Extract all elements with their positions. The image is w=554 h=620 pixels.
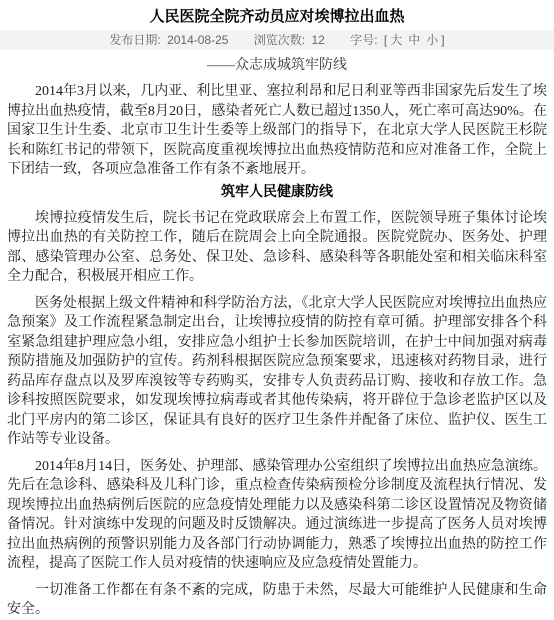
meta-bar: 发布日期: 2014-08-25 浏览次数: 12 字号: [大中小] bbox=[0, 30, 554, 50]
view-count-value: 12 bbox=[311, 33, 324, 47]
view-count-label: 浏览次数: bbox=[254, 33, 305, 47]
publish-date: 发布日期: 2014-08-25 bbox=[109, 33, 233, 47]
section-heading: 筑牢人民健康防线 bbox=[7, 184, 547, 202]
publish-date-label: 发布日期: bbox=[109, 33, 160, 47]
paragraph-leadership-response: 埃博拉疫情发生后，院长书记在党政联席会上布置工作，医院领导班子集体讨论埃博拉出血… bbox=[7, 209, 547, 287]
page-title: 人民医院全院齐动员应对埃博拉出血热 bbox=[0, 8, 554, 26]
bracket-close: ] bbox=[441, 33, 444, 47]
font-size-large-button[interactable]: 大 bbox=[390, 33, 402, 47]
article-subtitle: ——众志成城筑牢防线 bbox=[0, 57, 554, 75]
article-body: 2014年3月以来，几内亚、利比里亚、塞拉利昂和尼日利亚等西非国家先后发生了埃博… bbox=[0, 82, 554, 620]
paragraph-intro: 2014年3月以来，几内亚、利比里亚、塞拉利昂和尼日利亚等西非国家先后发生了埃博… bbox=[7, 82, 547, 180]
paragraph-emergency-drill: 2014年8月14日，医务处、护理部、感染管理办公室组织了埃博拉出血热应急演练。… bbox=[7, 457, 547, 574]
paragraph-conclusion: 一切准备工作都在有条不紊的完成，防患于未然，尽最大可能维护人民健康和生命安全。 bbox=[7, 581, 547, 620]
bracket-open: [ bbox=[384, 33, 387, 47]
font-size-small-button[interactable]: 小 bbox=[426, 33, 438, 47]
article-page: 人民医院全院齐动员应对埃博拉出血热 发布日期: 2014-08-25 浏览次数:… bbox=[0, 0, 554, 620]
view-count: 浏览次数: 12 bbox=[254, 33, 330, 47]
publish-date-value: 2014-08-25 bbox=[167, 33, 228, 47]
font-size-switcher: 字号: [大中小] bbox=[350, 33, 444, 47]
paragraph-departments-preparation: 医务处根据上级文件精神和科学防治方法，《北京大学人民医院应对埃博拉出血热应急预案… bbox=[7, 294, 547, 450]
font-size-medium-button[interactable]: 中 bbox=[408, 33, 420, 47]
font-size-label: 字号: bbox=[350, 33, 377, 47]
